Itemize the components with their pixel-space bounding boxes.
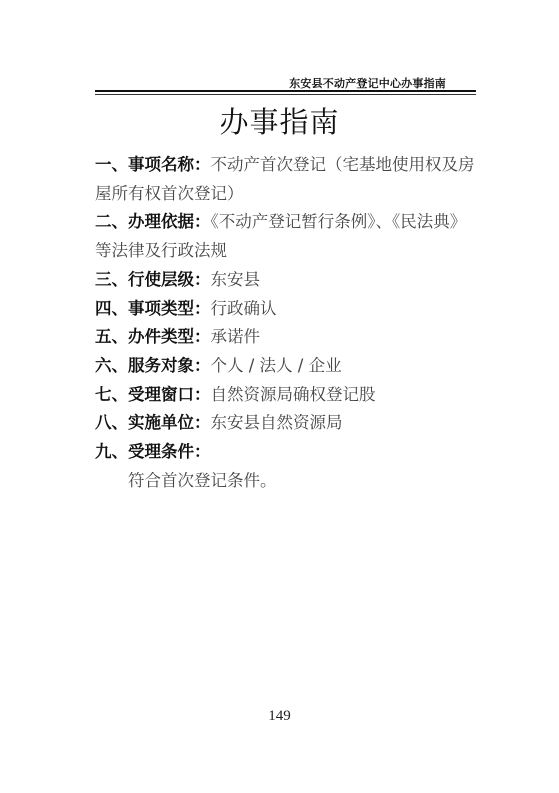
page-number: 149: [0, 708, 559, 725]
item-implementing-unit: 八、实施单位：东安县自然资源局: [95, 409, 475, 438]
item-value: 个人 / 法人 / 企业: [211, 356, 342, 375]
running-header: 东安县不动产登记中心办事指南: [95, 74, 476, 96]
running-header-title: 东安县不动产登记中心办事指南: [289, 75, 446, 91]
item-level: 三、行使层级：东安县: [95, 266, 475, 295]
item-name: 一、事项名称：不动产首次登记（宅基地使用权及房屋所有权首次登记）: [95, 151, 475, 208]
page-title: 办事指南: [0, 103, 559, 141]
item-type: 四、事项类型：行政确认: [95, 295, 475, 324]
item-value: 承诺件: [211, 327, 261, 346]
item-label: 五、办件类型：: [95, 327, 211, 346]
item-value: 东安县: [211, 270, 261, 289]
item-label: 三、行使层级：: [95, 270, 211, 289]
header-rule-thin: [95, 94, 476, 95]
item-label: 一、事项名称：: [95, 155, 211, 174]
item-label: 九、受理条件：: [95, 442, 211, 461]
item-value: 行政确认: [211, 299, 277, 318]
item-conditions: 九、受理条件：: [95, 438, 475, 467]
item-label: 七、受理窗口：: [95, 385, 211, 404]
item-value: 自然资源局确权登记股: [211, 385, 376, 404]
item-label: 四、事项类型：: [95, 299, 211, 318]
item-label: 二、办理依据：: [95, 212, 211, 231]
item-basis: 二、办理依据：《不动产登记暂行条例》、《民法典》等法律及行政法规: [95, 208, 475, 265]
item-case-type: 五、办件类型：承诺件: [95, 323, 475, 352]
item-label: 八、实施单位：: [95, 413, 211, 432]
item-label: 六、服务对象：: [95, 356, 211, 375]
guide-content: 一、事项名称：不动产首次登记（宅基地使用权及房屋所有权首次登记） 二、办理依据：…: [95, 151, 475, 495]
item-window: 七、受理窗口：自然资源局确权登记股: [95, 381, 475, 410]
header-rule-thick: [95, 90, 476, 92]
item-value: 东安县自然资源局: [211, 413, 343, 432]
item-service-target: 六、服务对象：个人 / 法人 / 企业: [95, 352, 475, 381]
conditions-text: 符合首次登记条件。: [95, 467, 475, 496]
